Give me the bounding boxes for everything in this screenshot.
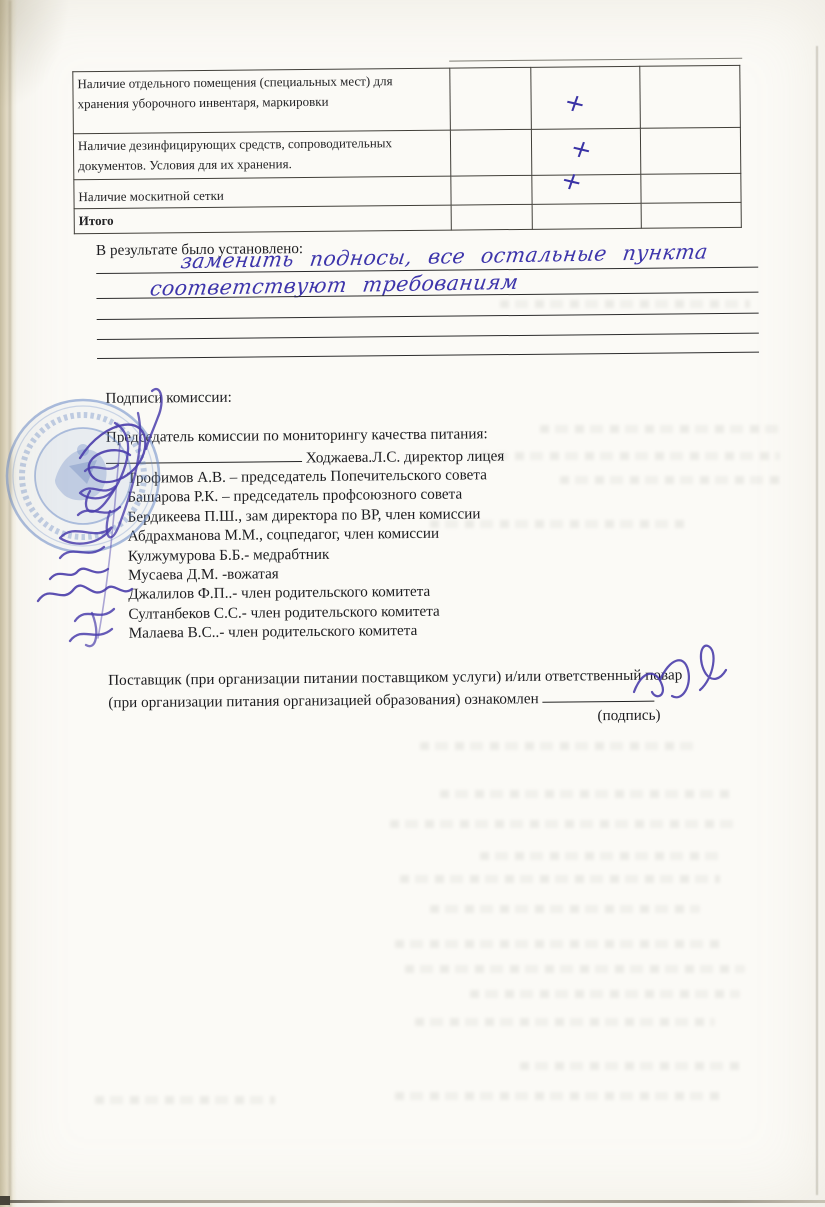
ruled-line [97, 313, 759, 320]
ruled-line [97, 333, 759, 340]
signature-caption: (подпись) [597, 707, 660, 726]
criterion-cell: Наличие москитной сетки [74, 176, 451, 209]
criterion-cell: Наличие дезинфицирующих средств, сопрово… [73, 130, 450, 180]
supplier-ack-line2: (при организации питания организацией об… [108, 687, 654, 713]
commission-title: Подписи комиссии: [105, 389, 232, 408]
criterion-cell: Наличие отдельного помещения (специальны… [73, 68, 451, 134]
signature-blank-line [542, 687, 654, 704]
ruled-line [97, 352, 759, 359]
member-line: Малаева В.С..- член родительского комите… [129, 621, 489, 644]
table-row: Наличие отдельного помещения (специальны… [73, 65, 741, 133]
inspection-checklist-table: Наличие отдельного помещения (специальны… [72, 65, 741, 234]
scanned-document-page: Наличие отдельного помещения (специальны… [0, 0, 825, 1207]
signature-blank-line [106, 447, 302, 464]
member-line: Султанбеков С.С.- член родительского ком… [128, 601, 488, 624]
total-label-cell: Итого [74, 205, 451, 233]
table-continuation-line [449, 58, 742, 62]
commission-subtitle: Председатель комиссии по мониторингу кач… [106, 425, 488, 447]
table-row: Наличие дезинфицирующих средств, сопрово… [73, 127, 740, 179]
supplier-ack-text: (при организации питания организацией об… [108, 690, 539, 711]
member-line: Абдрахманова М.М., соцпедагог, член коми… [128, 523, 488, 546]
table-row-total: Итого [74, 202, 741, 233]
commission-members-list: Трофимов А.В. – председатель Попечительс… [127, 465, 488, 643]
chair-name: Ходжаева.Л.С. директор лицея [306, 448, 505, 467]
